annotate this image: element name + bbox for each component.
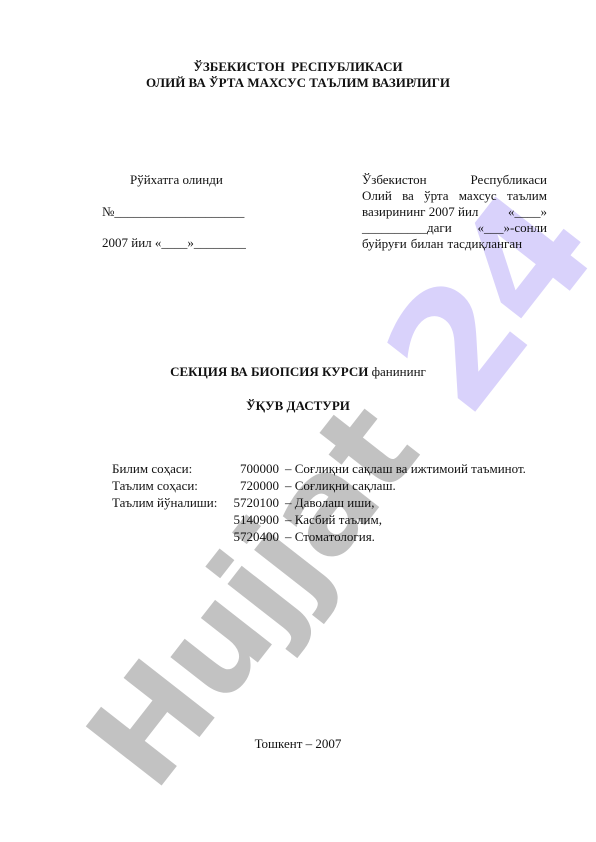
approval-word: таълим [507, 188, 547, 204]
approval-segment: «___»-сонли [477, 220, 547, 236]
approval-line: Олийваўртамахсустаълим [362, 188, 547, 204]
approval-segment: Ўзбекистон [362, 172, 427, 188]
approval-word: ўрта [424, 188, 448, 204]
approval-word: ва [402, 188, 414, 204]
course-title-suffix: фанининг [368, 364, 426, 379]
field-row: Таълим йўналиши:5720100– Даволаш иши, [112, 494, 526, 511]
approval-line: ЎзбекистонРеспубликаси [362, 172, 547, 188]
fields-list: Билим соҳаси:700000– Соғлиқни сақлаш ва … [112, 460, 526, 545]
header-line-1: ЎЗБЕКИСТОН РЕСПУБЛИКАСИ [0, 59, 596, 75]
course-title: СЕКЦИЯ ВА БИОПСИЯ КУРСИ фанининг [0, 364, 596, 380]
approval-line: буйруғибилантасдиқланган [362, 236, 547, 252]
field-row: 5140900– Касбий таълим, [112, 511, 526, 528]
registration-title: Рўйхатга олинди [130, 172, 223, 188]
approval-word: тасдиқланган [448, 236, 523, 252]
field-label [112, 528, 227, 545]
field-code: 5140900 [227, 511, 279, 528]
field-code: 5720100 [227, 494, 279, 511]
approval-segment: __________даги [362, 220, 452, 236]
field-description: – Соғлиқни сақлаш ва ижтимоий таъминот. [279, 460, 526, 477]
program-subtitle: ЎҚУВ ДАСТУРИ [0, 398, 596, 414]
approval-segment: вазирининг 2007 йил [362, 204, 478, 220]
approval-segment: «____» [508, 204, 547, 220]
approval-word: Олий [362, 188, 392, 204]
registration-number: №____________________ [102, 204, 244, 220]
header-line-2: ОЛИЙ ВА ЎРТА МАХСУС ТАЪЛИМ ВАЗИРЛИГИ [0, 75, 596, 91]
field-row: Билим соҳаси:700000– Соғлиқни сақлаш ва … [112, 460, 526, 477]
field-row: 5720400– Стоматология. [112, 528, 526, 545]
approval-word: билан [411, 236, 444, 252]
field-code: 720000 [227, 477, 279, 494]
approval-word: буйруғи [362, 236, 407, 252]
course-title-bold: СЕКЦИЯ ВА БИОПСИЯ КУРСИ [170, 364, 368, 379]
field-description: – Стоматология. [279, 528, 375, 545]
field-label: Таълим йўналиши: [112, 494, 227, 511]
field-code: 5720400 [227, 528, 279, 545]
field-description: – Соғлиқни сақлаш. [279, 477, 396, 494]
ministry-header: ЎЗБЕКИСТОН РЕСПУБЛИКАСИ ОЛИЙ ВА ЎРТА МАХ… [0, 59, 596, 91]
approval-word: махсус [459, 188, 497, 204]
registration-date: 2007 йил «____»________ [102, 235, 246, 251]
field-label: Билим соҳаси: [112, 460, 227, 477]
approval-block: ЎзбекистонРеспубликасиОлийваўртамахсуста… [362, 172, 547, 252]
approval-line: __________даги«___»-сонли [362, 220, 547, 236]
document-page: Hujjat 24 ЎЗБЕКИСТОН РЕСПУБЛИКАСИ ОЛИЙ В… [0, 0, 596, 842]
approval-line: вазирининг 2007 йил«____» [362, 204, 547, 220]
footer-city-year: Тошкент – 2007 [0, 736, 596, 752]
field-row: Таълим соҳаси:720000– Соғлиқни сақлаш. [112, 477, 526, 494]
field-code: 700000 [227, 460, 279, 477]
field-description: – Даволаш иши, [279, 494, 374, 511]
field-description: – Касбий таълим, [279, 511, 382, 528]
field-label [112, 511, 227, 528]
field-label: Таълим соҳаси: [112, 477, 227, 494]
approval-segment: Республикаси [470, 172, 547, 188]
